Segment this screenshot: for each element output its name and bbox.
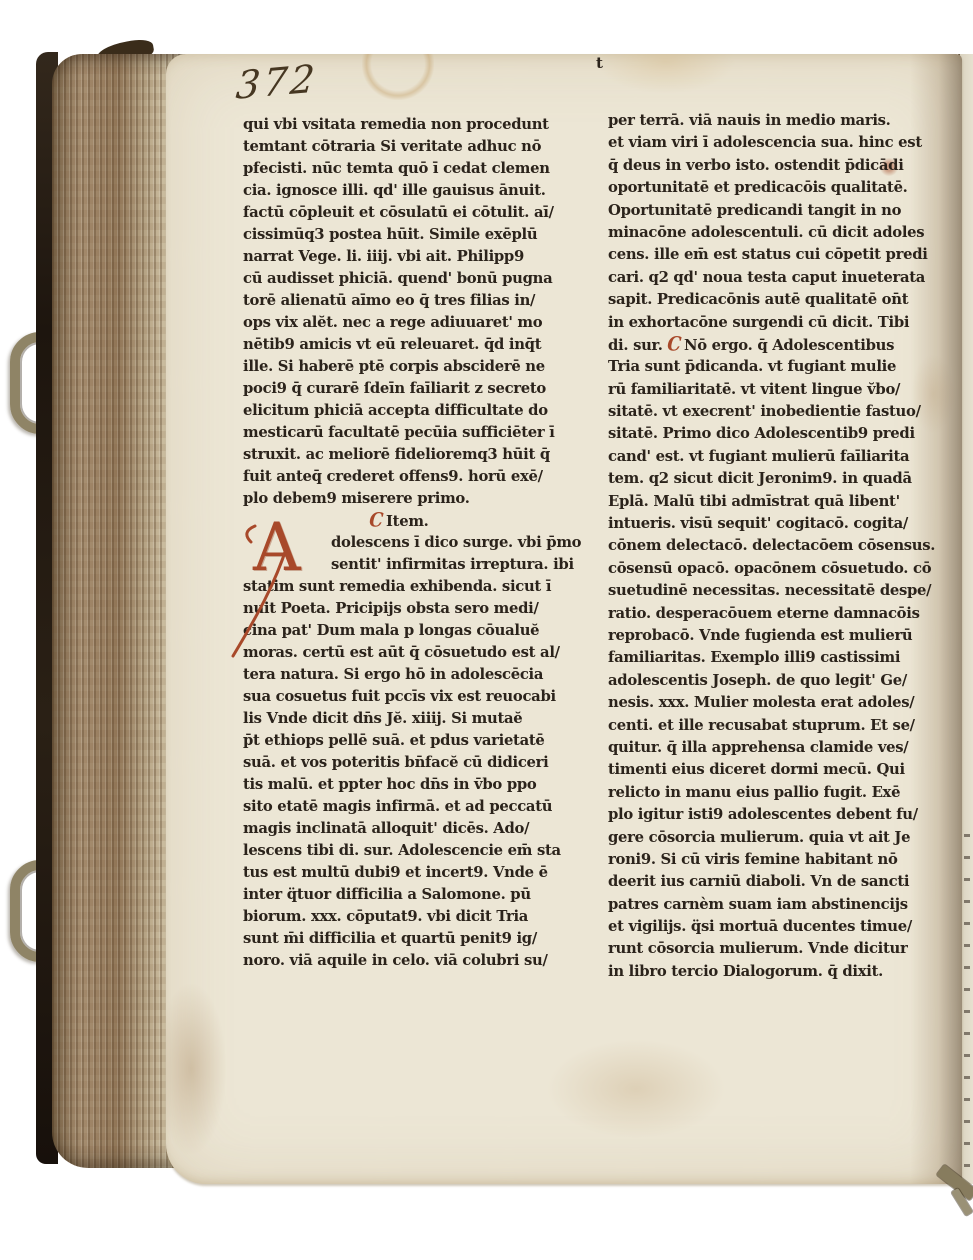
text-line: cissimūq3 postea hūit. Simile exēplū bbox=[243, 224, 555, 246]
text-line: struxit. ac meliorē fidelioremq3 hūit q̄ bbox=[243, 444, 555, 466]
text-line: per terrā. viā nauis in medio maris. bbox=[608, 110, 920, 132]
text-line: cens. ille em̄ est status cui cōpetit pr… bbox=[608, 244, 920, 266]
text-line: noro. viā aquile in celo. viā colubri su… bbox=[243, 950, 555, 972]
text-line: rū familiaritatē. vt vitent lingue v̆bo/ bbox=[608, 379, 920, 401]
initial-flourish-stroke bbox=[225, 512, 335, 662]
text-line: poci9 q̄ curarē ſdeīn faīliarit z secret… bbox=[243, 378, 555, 400]
bottom-stain bbox=[546, 1039, 726, 1139]
rubric-paragraph-mark: C bbox=[366, 509, 386, 534]
text-column-right: per terrā. viā nauis in medio maris.et v… bbox=[608, 110, 920, 983]
text-line: Tria sunt p̄dicanda. vt fugiant mulie bbox=[608, 356, 920, 378]
text-line: torē alienatū aīmo eo q̄ tres filias in/ bbox=[243, 290, 555, 312]
text-line: suetudinē necessitas. necessitatē despe/ bbox=[608, 580, 920, 602]
text-line: tera natura. Si ergo hō in adolescēcia bbox=[243, 664, 555, 686]
text-line: plo igitur isti9 adolescentes debent fu/ bbox=[608, 804, 920, 826]
text-line: et vigilijs. q̈si mortuā ducentes timue/ bbox=[608, 916, 920, 938]
text-line: lis Vnde dicit dn̄s Jĕ. xiiij. Si mutaĕ bbox=[243, 708, 555, 730]
text-line: sitatē. Primo dico Adolescentib9 predi bbox=[608, 423, 920, 445]
text-line: timenti eius diceret dormi mecū. Qui bbox=[608, 759, 920, 781]
text-line: sua cosuetus fuit pccīs vix est reuocabi bbox=[243, 686, 555, 708]
text-line: sito etatē magis infirmā. et ad peccatū bbox=[243, 796, 555, 818]
text-line: qui vbi vsitata remedia non procedunt bbox=[243, 114, 555, 136]
text-line: q̄ deus in verbo isto. ostendit p̄dicādi bbox=[608, 155, 920, 177]
text-line: mesticarū facultatē pecūia sufficiēter ī bbox=[243, 422, 555, 444]
text-line: cari. q2 qd' noua testa caput inueterata bbox=[608, 267, 920, 289]
text-line: ille. Si haberē ptē corpis absciderē ne bbox=[243, 356, 555, 378]
text-line: temtant cōtraria Si veritate adhuc nō bbox=[243, 136, 555, 158]
text-line: nesis. xxx. Mulier molesta erat adoles/ bbox=[608, 692, 920, 714]
text-line: nētib9 amicis vt eū releuaret. q̄d inq̄t bbox=[243, 334, 555, 356]
text-line: magis inclinatā alloquit' dicēs. Ado/ bbox=[243, 818, 555, 840]
text-line: ops vix alĕt. nec a rege adiuuaret' mo bbox=[243, 312, 555, 334]
text-line: cand' est. vt fugiant mulierū faīliarita bbox=[608, 446, 920, 468]
text-line: cōsensū opacō. opacōnem cōsuetudo. cō bbox=[608, 558, 920, 580]
text-line: biorum. xxx. cōputat9. vbi dicit Tria bbox=[243, 906, 555, 928]
margin-stain bbox=[166, 984, 226, 1154]
text-line: adolescentis Joseph. de quo legit' Ge/ bbox=[608, 670, 920, 692]
text-line: reprobacō. Vnde fugienda est mulierū bbox=[608, 625, 920, 647]
text-showthrough bbox=[964, 834, 970, 1180]
text-line: cū audisset phiciā. quend' bonū pugna bbox=[243, 268, 555, 290]
text-line: cia. ignosce illi. qd' ille gauisus ānui… bbox=[243, 180, 555, 202]
text-line: oportunitatē et predicacōis qualitatē. bbox=[608, 177, 920, 199]
text-line: quitur. q̄ illa apprehensa clamide ves/ bbox=[608, 737, 920, 759]
text-line: minacōne adolescentuli. cū dicit adoles bbox=[608, 222, 920, 244]
text-line: sitatē. vt execrent' inobedientie fastuo… bbox=[608, 401, 920, 423]
text-line: tis malū. et ppter hoc dn̄s in v̄bo ppo bbox=[243, 774, 555, 796]
text-line: lescens tibi di. sur. Adolescencie em̄ s… bbox=[243, 840, 555, 862]
text-line: factū cōpleuit et cōsulatū ei cōtulit. a… bbox=[243, 202, 555, 224]
book-photograph: 372 t A qui vbi vsitata remedia non proc… bbox=[0, 0, 973, 1260]
text-line: runt cōsorcia mulierum. Vnde dicitur bbox=[608, 938, 920, 960]
text-line: p̄t ethiops pellē suā. et pdus varietatē bbox=[243, 730, 555, 752]
text-line: di. sur. CNō ergo. q̄ Adolescentibus bbox=[608, 334, 920, 356]
top-stain bbox=[596, 54, 736, 94]
rubric-paragraph-mark: C bbox=[664, 333, 684, 358]
text-line: roni9. Si cū viris femine habitant nō bbox=[608, 849, 920, 871]
handwritten-folio-number: 372 bbox=[234, 56, 319, 108]
text-line: centi. et ille recusabat stuprum. Et se/ bbox=[608, 715, 920, 737]
text-line: elicitum phiciā accepta difficultate do bbox=[243, 400, 555, 422]
text-line: narrat Vege. li. iiij. vbi ait. Philipp9 bbox=[243, 246, 555, 268]
text-line: relicto in manu eius pallio fugit. Exē bbox=[608, 782, 920, 804]
text-line: Eplā. Malū tibi admīstrat quā libent' bbox=[608, 491, 920, 513]
text-line: in libro tercio Dialogorum. q̄ dixit. bbox=[608, 961, 920, 983]
text-line: intueris. visū sequit' cogitacō. cogita/ bbox=[608, 513, 920, 535]
text-line: suā. et vos poteritis bn̄facĕ cū didicer… bbox=[243, 752, 555, 774]
text-column-left: A qui vbi vsitata remedia non proceduntt… bbox=[243, 114, 555, 972]
signature-mark: t bbox=[596, 54, 603, 72]
text-line: deerit ius carniū diaboli. Vn de sancti bbox=[608, 871, 920, 893]
book-page: 372 t A qui vbi vsitata remedia non proc… bbox=[166, 54, 962, 1184]
text-line: gere cōsorcia mulierum. quia vt ait Je bbox=[608, 827, 920, 849]
text-line: et viam viri ī adolescencia sua. hinc es… bbox=[608, 132, 920, 154]
text-line: in exhortacōne surgendi cū dicit. Tibi bbox=[608, 312, 920, 334]
text-line: cōnem delectacō. delectacōem cōsensus. bbox=[608, 535, 920, 557]
text-line: sunt m̄i difficilia et quartū penit9 ig/ bbox=[243, 928, 555, 950]
text-line: patres carnèm suam iam abstinencijs bbox=[608, 894, 920, 916]
text-line: familiaritas. Exemplo illi9 castissimi bbox=[608, 647, 920, 669]
text-line: plo debem9 miserere primo. bbox=[243, 488, 555, 510]
text-line: tus est multū dubi9 et incert9. Vnde ē bbox=[243, 862, 555, 884]
ring-stain bbox=[362, 54, 434, 100]
text-line: sapit. Predicacōnis autē qualitatē on̄t bbox=[608, 289, 920, 311]
text-line: fuit anteq̄ crederet offens9. horū exē/ bbox=[243, 466, 555, 488]
text-line: Oportunitatē predicandi tangit in no bbox=[608, 200, 920, 222]
text-line: inter q̈tuor difficilia a Salomone. pū bbox=[243, 884, 555, 906]
text-line: tem. q2 sicut dicit Jeronim9. in quadā bbox=[608, 468, 920, 490]
text-line: ratio. desperacōuem eterne damnacōis bbox=[608, 603, 920, 625]
text-line: pfecisti. nūc temta quō ī cedat clemen bbox=[243, 158, 555, 180]
